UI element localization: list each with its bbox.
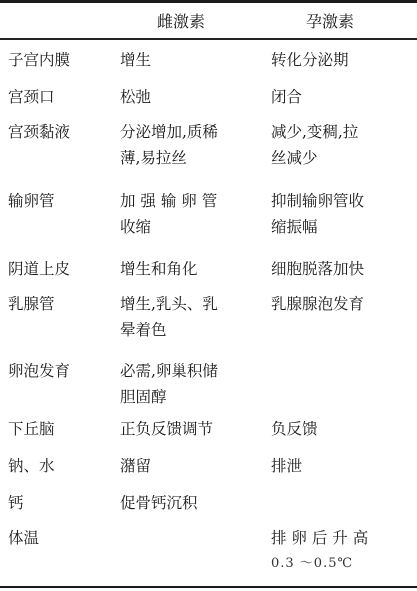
progesterone-effect: 乳腺腺泡发育 xyxy=(271,291,411,317)
estrogen-effect: 松弛 xyxy=(120,84,255,110)
estrogen-effect: 增生 xyxy=(120,47,255,73)
table-bottom-rule xyxy=(0,586,417,588)
estrogen-effect-line1: 加 强 输 卵 管 xyxy=(120,188,255,214)
estrogen-effect: 潴留 xyxy=(120,453,255,479)
estrogen-effect-line2: 胆固醇 xyxy=(120,384,255,410)
progesterone-effect-line2: 丝减少 xyxy=(271,145,411,171)
progesterone-effect-line1: 排 卵 后 升 高 xyxy=(271,525,411,551)
estrogen-effect-line1: 分泌增加,质稀 xyxy=(120,119,255,145)
progesterone-effect-line1: 减少,变稠,拉 xyxy=(271,119,411,145)
progesterone-effect: 细胞脱落加快 xyxy=(271,256,411,282)
header-estrogen: 雌激素 xyxy=(157,12,205,32)
row-label: 下丘脑 xyxy=(8,416,113,442)
header-progesterone: 孕激素 xyxy=(306,12,354,32)
estrogen-effect-line1: 必需,卵巢积储 xyxy=(120,358,255,384)
row-label: 输卵管 xyxy=(8,188,113,214)
progesterone-effect: 负反馈 xyxy=(271,416,411,442)
row-label: 宫颈黏液 xyxy=(8,119,113,145)
row-label: 阴道上皮 xyxy=(8,256,113,282)
estrogen-effect-line2: 薄,易拉丝 xyxy=(120,145,255,171)
header-rule xyxy=(0,38,417,40)
progesterone-effect-line2: 0.3 ～0.5℃ xyxy=(271,551,411,577)
row-label: 宫颈口 xyxy=(8,84,113,110)
estrogen-effect: 正负反馈调节 xyxy=(120,416,255,442)
table-top-rule xyxy=(0,0,417,3)
row-label: 钠、水 xyxy=(8,453,113,479)
estrogen-effect-line2: 收缩 xyxy=(120,214,255,240)
progesterone-effect: 转化分泌期 xyxy=(271,47,411,73)
row-label: 钙 xyxy=(8,490,113,516)
progesterone-effect: 闭合 xyxy=(271,84,411,110)
estrogen-effect: 促骨钙沉积 xyxy=(120,490,255,516)
progesterone-effect-line2: 缩振幅 xyxy=(271,214,411,240)
progesterone-effect-line1: 抑制输卵管收 xyxy=(271,188,411,214)
estrogen-effect-line2: 晕着色 xyxy=(120,317,255,343)
progesterone-effect: 排泄 xyxy=(271,453,411,479)
row-label: 子宫内膜 xyxy=(8,47,113,73)
row-label: 卵泡发育 xyxy=(8,358,113,384)
estrogen-effect-line1: 增生,乳头、乳 xyxy=(120,291,255,317)
row-label: 乳腺管 xyxy=(8,291,113,317)
estrogen-effect: 增生和角化 xyxy=(120,256,255,282)
row-label: 体温 xyxy=(8,525,113,551)
